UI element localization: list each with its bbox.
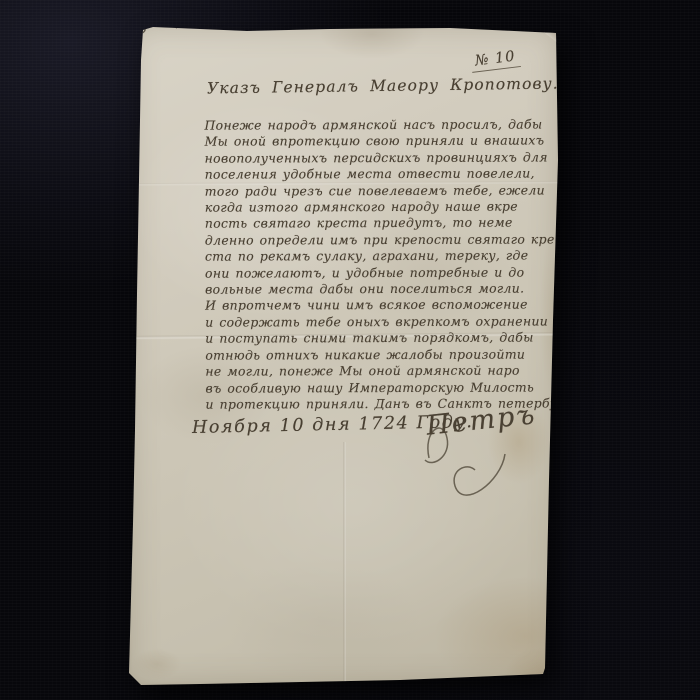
body-line: пость святаго креста приедутъ, то неме xyxy=(205,215,580,233)
paper-shadow-wrapper: № 10 Указъ Генералъ Маеору Кропотову. По… xyxy=(0,0,700,700)
body-line: отнюдь отнихъ никакие жалобы произойти xyxy=(205,346,580,364)
document-number: № 10 xyxy=(470,48,521,73)
body-line: и содержать тебе оныхъ вкрепкомъ охранен… xyxy=(205,313,580,331)
photograph-of-manuscript: № 10 Указъ Генералъ Маеору Кропотову. По… xyxy=(0,0,700,700)
body-line: того ради чрезъ сие повелеваемъ тебе, еж… xyxy=(205,182,580,200)
document-heading: Указъ Генералъ Маеору Кропотову. xyxy=(207,75,559,98)
body-line: вольные места дабы они поселиться могли. xyxy=(205,280,580,298)
top-right-corner-fold xyxy=(541,30,559,44)
fold-crease-vertical-lower xyxy=(343,442,346,687)
body-line: новополученныхъ персидскихъ провинцияхъ … xyxy=(205,149,580,167)
manuscript-paper: № 10 Указъ Генералъ Маеору Кропотову. По… xyxy=(127,24,561,687)
body-line: поселения удобные места отвести повелели… xyxy=(205,166,580,184)
body-line: они пожелаютъ, и удобные потребные и до xyxy=(205,264,580,282)
body-line: Понеже народъ армянской насъ просилъ, да… xyxy=(204,116,579,134)
top-left-corner-curl xyxy=(127,18,181,44)
body-line: въ особливую нашу Императорскую Милость xyxy=(205,379,580,397)
body-line: ста по рекамъ сулаку, аграхани, тереку, … xyxy=(205,248,580,266)
body-line: когда изтого армянского народу наше вкре xyxy=(205,198,580,216)
body-line: И впротчемъ чини имъ всякое вспоможение xyxy=(205,297,580,315)
body-line: дленно определи имъ при крепости святаго… xyxy=(205,231,580,249)
document-body-text: Понеже народъ армянской насъ просилъ, да… xyxy=(204,116,580,413)
body-line: и поступать сними такимъ порядкомъ, дабы xyxy=(205,330,580,348)
body-line: не могли, понеже Мы оной армянской наро xyxy=(205,362,580,380)
body-line: Мы оной впротекцию свою приняли и внаших… xyxy=(205,133,580,151)
